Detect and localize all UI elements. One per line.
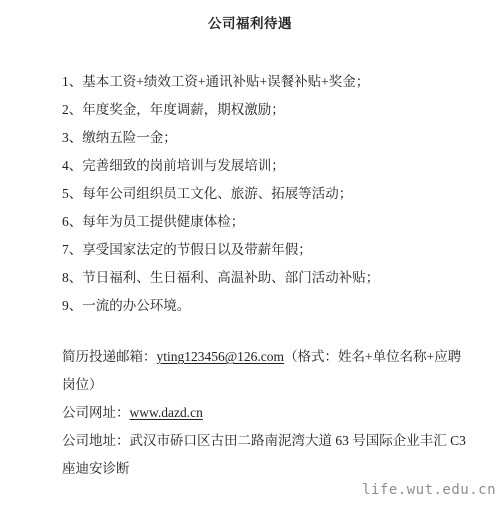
address-line: 公司地址：武汉市硚口区古田二路南泥湾大道 63 号国际企业丰汇 C3 (62, 427, 440, 455)
page-title: 公司福利待遇 (0, 0, 500, 31)
watermark: life.wut.edu.cn (362, 482, 496, 498)
address-label: 公司地址： (62, 433, 130, 448)
email-link[interactable]: yting123456@126.com (157, 349, 285, 364)
website-line: 公司网址：www.dazd.cn (62, 399, 440, 427)
email-line: 简历投递邮箱：yting123456@126.com（格式：姓名+单位名称+应聘 (62, 343, 440, 371)
address-line-wrap: 座迪安诊断 (62, 455, 440, 483)
address-text: 武汉市硚口区古田二路南泥湾大道 63 号国际企业丰汇 C3 (130, 433, 466, 448)
benefit-item: 9、一流的办公环境。 (62, 292, 440, 320)
benefit-item: 7、享受国家法定的节假日以及带薪年假； (62, 236, 440, 264)
website-link[interactable]: www.dazd.cn (130, 405, 203, 420)
benefit-item: 6、每年为员工提供健康体检； (62, 208, 440, 236)
email-note-wrap: 岗位） (62, 371, 440, 399)
benefits-list: 1、基本工资+绩效工资+通讯补贴+误餐补贴+奖金； 2、年度奖金，年度调薪，期权… (0, 68, 500, 320)
benefit-item: 5、每年公司组织员工文化、旅游、拓展等活动； (62, 180, 440, 208)
benefit-item: 1、基本工资+绩效工资+通讯补贴+误餐补贴+奖金； (62, 68, 440, 96)
benefit-item: 4、完善细致的岗前培训与发展培训； (62, 152, 440, 180)
email-note: （格式：姓名+单位名称+应聘 (284, 349, 461, 364)
email-label: 简历投递邮箱： (62, 349, 157, 364)
website-label: 公司网址： (62, 405, 130, 420)
contact-block: 简历投递邮箱：yting123456@126.com（格式：姓名+单位名称+应聘… (0, 343, 500, 483)
benefit-item: 2、年度奖金，年度调薪，期权激励； (62, 96, 440, 124)
document-page: 公司福利待遇 1、基本工资+绩效工资+通讯补贴+误餐补贴+奖金； 2、年度奖金，… (0, 0, 500, 510)
benefit-item: 8、节日福利、生日福利、高温补助、部门活动补贴； (62, 264, 440, 292)
benefit-item: 3、缴纳五险一金； (62, 124, 440, 152)
